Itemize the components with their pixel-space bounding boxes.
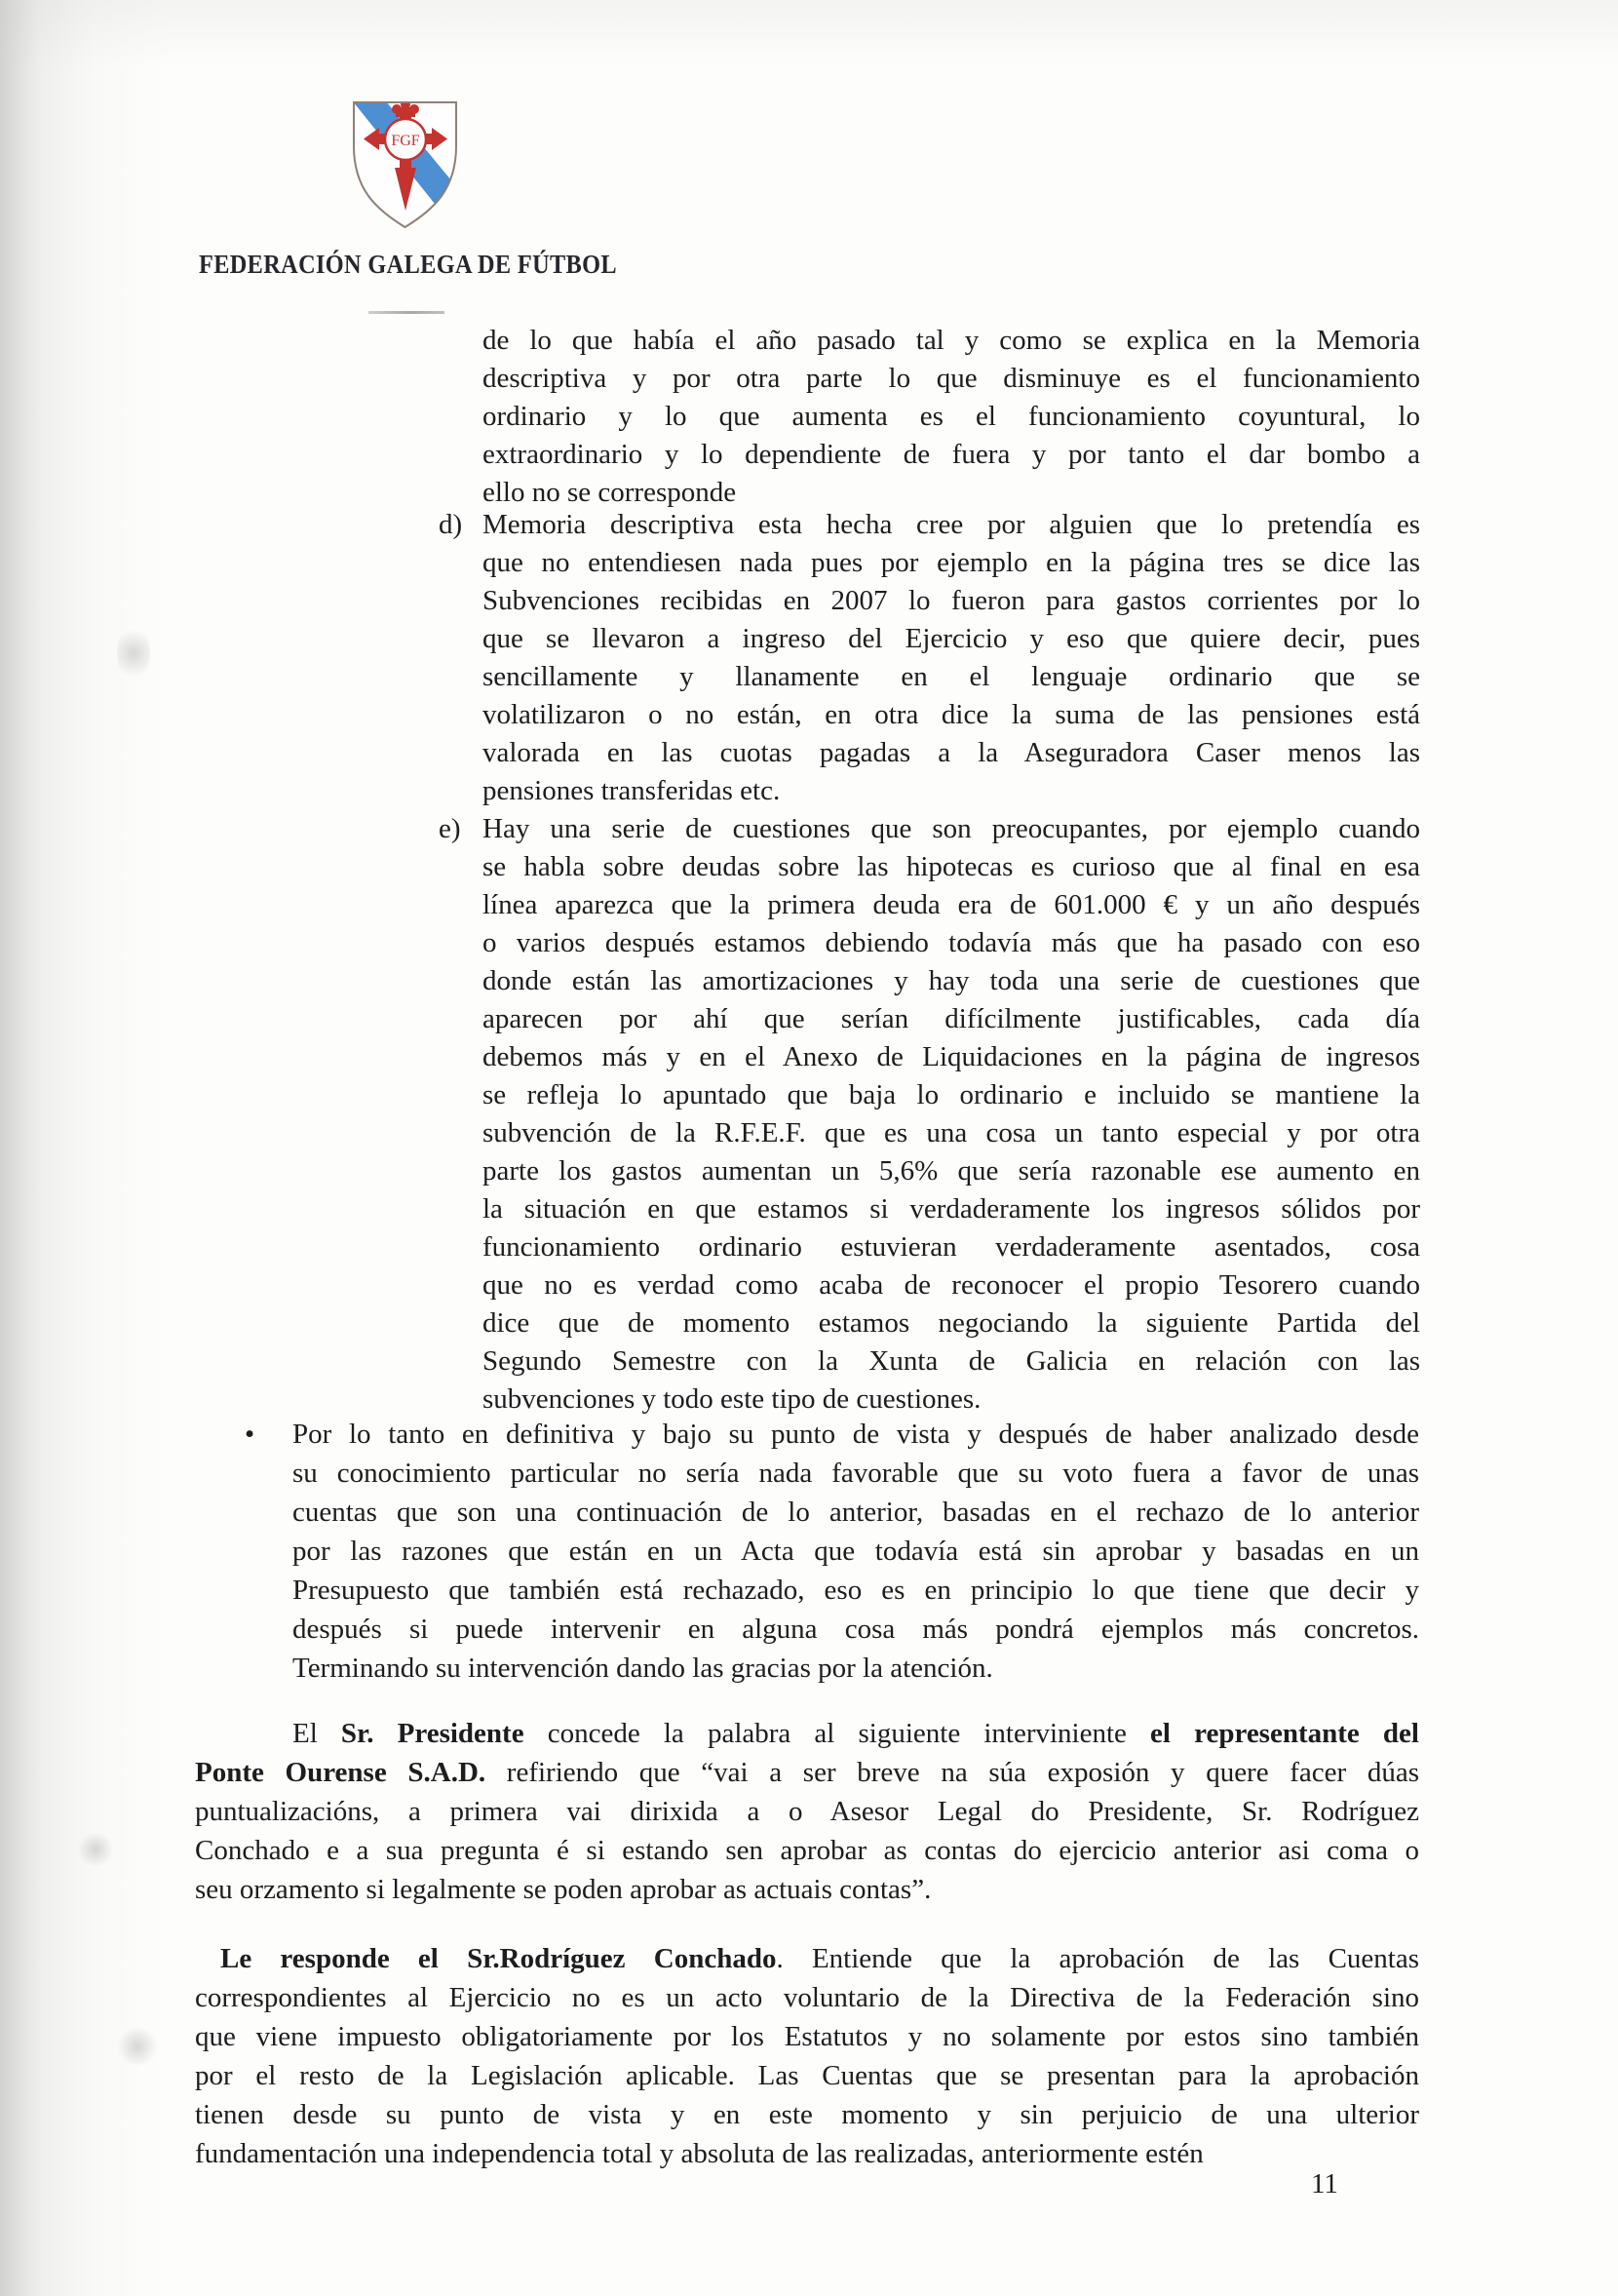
text-line: subvención de la R.F.E.F. que es una cos… [482,1114,1420,1152]
text-line: cuentas que son una continuación de lo a… [292,1493,1419,1532]
text-segment: refiriendo que “vai a ser breve na súa e… [485,1757,1419,1788]
text-line: tienen desde su punto de vista y en este… [195,2095,1419,2134]
text-line: línea aparezca que la primera deuda era … [482,886,1420,924]
text-line: Le responde el Sr.Rodríguez Conchado. En… [195,1939,1419,1978]
federation-crest-logo: FGF [347,96,464,236]
scan-smudge [117,624,150,682]
text-line: Subvenciones recibidas en 2007 lo fueron… [482,582,1420,620]
bold-text-segment: Ponte Ourense S.A.D. [195,1757,485,1788]
text-line: Por lo tanto en definitiva y bajo su pun… [292,1415,1419,1454]
list-item-e: Hay una serie de cuestiones que son preo… [482,810,1420,1419]
text-line: extraordinario y lo dependiente de fuera… [482,436,1420,474]
list-marker-e: e) [439,810,461,848]
text-line: Hay una serie de cuestiones que son preo… [482,810,1420,848]
text-line: parte los gastos aumentan un 5,6% que se… [482,1152,1420,1190]
text-line: funcionamiento ordinario estuvieran verd… [482,1228,1420,1266]
text-line: descriptiva y por otra parte lo que dism… [482,360,1420,398]
text-line: que no entendiesen nada pues por ejemplo… [482,544,1420,582]
scan-smudge [115,2028,160,2065]
text-line: por el resto de la Legislación aplicable… [195,2056,1419,2095]
bullet-marker: • [245,1415,254,1454]
text-line: su conocimiento particular no sería nada… [292,1454,1419,1493]
text-line: fundamentación una independencia total y… [195,2134,1419,2173]
paragraph-respuesta: Le responde el Sr.Rodríguez Conchado. En… [195,1939,1419,2173]
text-line: o varios después estamos debiendo todaví… [482,924,1420,962]
scan-smudge [76,1833,115,1866]
bold-text-segment: Le responde el Sr.Rodríguez Conchado [220,1943,776,1974]
text-line: después si puede intervenir en alguna co… [292,1610,1419,1649]
text-line: se habla sobre deudas sobre las hipoteca… [482,848,1420,886]
text-line: ordinario y lo que aumenta es el funcion… [482,398,1420,436]
text-line: El Sr. Presidente concede la palabra al … [195,1714,1419,1753]
text-line: Conchado e a sua pregunta é si estando s… [195,1831,1419,1870]
text-segment: El [292,1718,341,1749]
scan-dash-artifact [368,311,444,314]
list-marker-d: d) [439,506,462,544]
text-line: correspondientes al Ejercicio no es un a… [195,1978,1419,2017]
text-line: aparecen por ahí que serían difícilmente… [482,1000,1420,1038]
text-line: que se llevaron a ingreso del Ejercicio … [482,620,1420,658]
text-line: Terminando su intervención dando las gra… [292,1649,1419,1688]
text-line: la situación en que estamos si verdadera… [482,1190,1420,1228]
text-line: Presupuesto que también está rechazado, … [292,1571,1419,1610]
text-line: que viene impuesto obligatoriamente por … [195,2017,1419,2056]
paragraph-presidente: El Sr. Presidente concede la palabra al … [195,1714,1419,1909]
bold-text-segment: Sr. Presidente [341,1718,524,1749]
text-line: volatilizaron o no están, en otra dice l… [482,696,1420,734]
shield-icon: FGF [347,96,464,236]
text-line: sencillamente y llanamente en el lenguaj… [482,658,1420,696]
text-line: Segundo Semestre con la Xunta de Galicia… [482,1343,1420,1381]
text-line: se refleja lo apuntado que baja lo ordin… [482,1076,1420,1114]
text-line: dice que de momento estamos negociando l… [482,1304,1420,1343]
text-line: seu orzamento si legalmente se poden apr… [195,1870,1419,1909]
text-line: donde están las amortizaciones y hay tod… [482,962,1420,1000]
text-line: debemos más y en el Anexo de Liquidacion… [482,1038,1420,1076]
bold-text-segment: el representante del [1150,1718,1419,1749]
text-line: pensiones transferidas etc. [482,772,1420,810]
logo-monogram: FGF [391,133,419,149]
page-number: 11 [1311,2168,1338,2200]
text-line: de lo que había el año pasado tal y como… [482,322,1420,360]
text-line: puntualizacións, a primera vai dirixida … [195,1792,1419,1831]
scanned-document-page: FGF FEDERACIÓN GALEGA DE FÚTBOL de lo qu… [0,0,1618,2296]
text-line: que no es verdad como acaba de reconocer… [482,1266,1420,1304]
text-segment: concede la palabra al siguiente intervin… [524,1718,1150,1749]
organization-name: FEDERACIÓN GALEGA DE FÚTBOL [199,250,617,280]
text-line: Memoria descriptiva esta hecha cree por … [482,506,1420,544]
text-segment: . Entiende que la aprobación de las Cuen… [776,1943,1419,1974]
list-item-d: Memoria descriptiva esta hecha cree por … [482,506,1420,810]
text-line: valorada en las cuotas pagadas a la Aseg… [482,734,1420,772]
bullet-item: Por lo tanto en definitiva y bajo su pun… [292,1415,1419,1688]
paragraph-continuation: de lo que había el año pasado tal y como… [482,322,1420,512]
text-line: por las razones que están en un Acta que… [292,1532,1419,1571]
text-line: Ponte Ourense S.A.D. refiriendo que “vai… [195,1753,1419,1792]
text-line: subvenciones y todo este tipo de cuestio… [482,1381,1420,1419]
